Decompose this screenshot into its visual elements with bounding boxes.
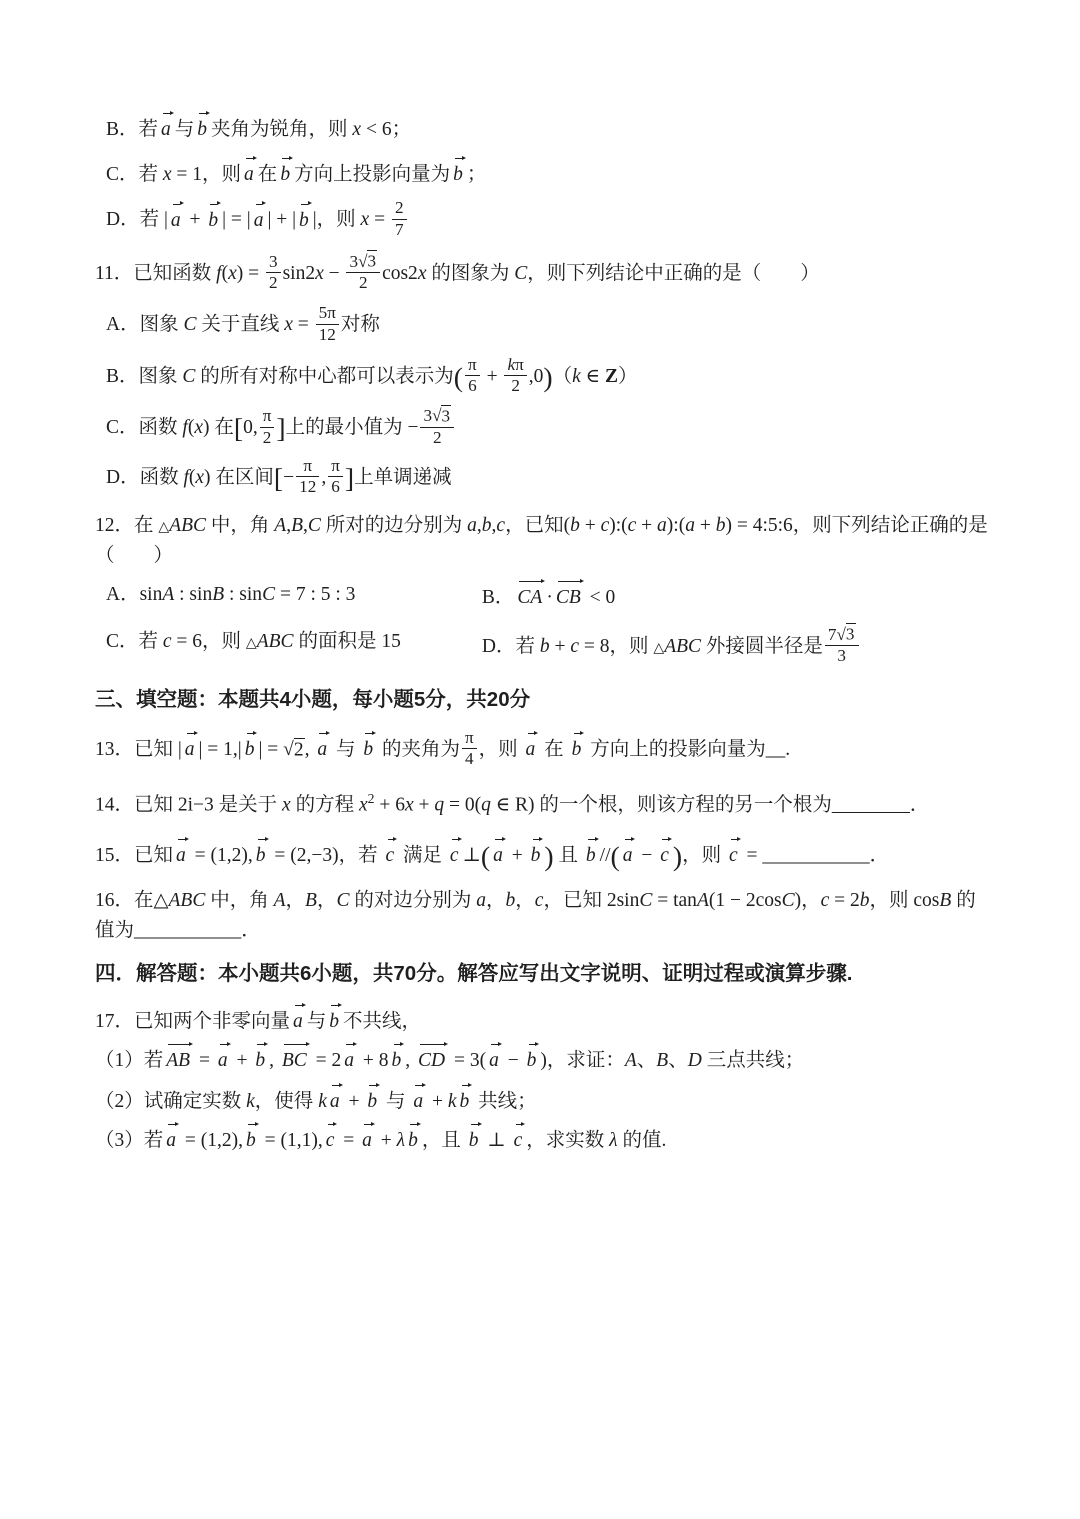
question-17-part-1: （1）若AB = a + b, BC = 2a + 8b, CD = 3(a −… <box>95 1043 990 1076</box>
question-10-option-d: D．若 |a + b| = |a| + |b|，则 x = 27 <box>95 200 990 241</box>
question-11-option-b: B．图象 C 的所有对称中心都可以表示为(π6 + kπ2,0)（k ∈ Z） <box>95 357 990 398</box>
question-12-option-c: C．若 c = 6，则 △ABC 的面积是 15 <box>95 627 482 657</box>
section-4-header: 四．解答题：本小题共6小题，共70分。解答应写出文字说明、证明过程或演算步骤. <box>95 958 990 990</box>
question-10-option-b: B．若a与b夹角为锐角，则 x < 6； <box>95 112 990 145</box>
section-3-header: 三、填空题：本题共4小题，每小题5分，共20分 <box>95 684 990 716</box>
question-12-option-a: A．sinA : sinB : sinC = 7 : 5 : 3 <box>95 580 482 610</box>
question-12-options-row-2: C．若 c = 6，则 △ABC 的面积是 15 D．若 b + c = 8，则… <box>95 627 990 668</box>
question-11-option-a: A．图象 C 关于直线 x = 5π12对称 <box>95 305 990 346</box>
question-16: 16．在△ABC 中，角 A，B，C 的对边分别为 a，b，c，已知 2sinC… <box>95 886 990 946</box>
question-12-option-d: D．若 b + c = 8，则 △ABC 外接圆半径是7√33 <box>482 627 990 668</box>
question-15: 15．已知a = (1,2),b = (2,−3)，若 c 满足 c⊥(a + … <box>95 838 990 871</box>
question-13: 13．已知 |a| = 1,|b| = √2, a 与 b 的夹角为π4，则 a… <box>95 730 990 771</box>
question-11-option-d: D．函数 f(x) 在区间[−π12,π6]上单调递减 <box>95 458 990 499</box>
question-10-option-c: C．若 x = 1，则a在b方向上投影向量为b； <box>95 157 990 190</box>
question-17-part-3: （3）若a = (1,2),b = (1,1),c = a + λb，且 b ⊥… <box>95 1123 990 1156</box>
question-14: 14．已知 2i−3 是关于 x 的方程 x2 + 6x + q = 0(q ∈… <box>95 788 990 821</box>
question-17-part-2: （2）试确定实数 k，使得 ka + b 与 a + kb 共线； <box>95 1084 990 1117</box>
exam-content: B．若a与b夹角为锐角，则 x < 6； C．若 x = 1，则a在b方向上投影… <box>95 112 990 1169</box>
exam-paper-page: B．若a与b夹角为锐角，则 x < 6； C．若 x = 1，则a在b方向上投影… <box>0 0 1080 1519</box>
question-12-option-b: B．CA·CB < 0 <box>482 580 990 613</box>
question-12-options-row-1: A．sinA : sinB : sinC = 7 : 5 : 3 B．CA·CB… <box>95 580 990 613</box>
question-17-stem: 17．已知两个非零向量a与b不共线， <box>95 1004 990 1037</box>
question-11-option-c: C．函数 f(x) 在[0,π2]上的最小值为 −3√32 <box>95 408 990 449</box>
question-12-stem: 12．在 △ABC 中，角 A,B,C 所对的边分别为 a,b,c，已知(b +… <box>95 511 990 571</box>
question-11-stem: 11．已知函数 f(x) = 32sin2x − 3√32cos2x 的图象为 … <box>95 254 990 295</box>
